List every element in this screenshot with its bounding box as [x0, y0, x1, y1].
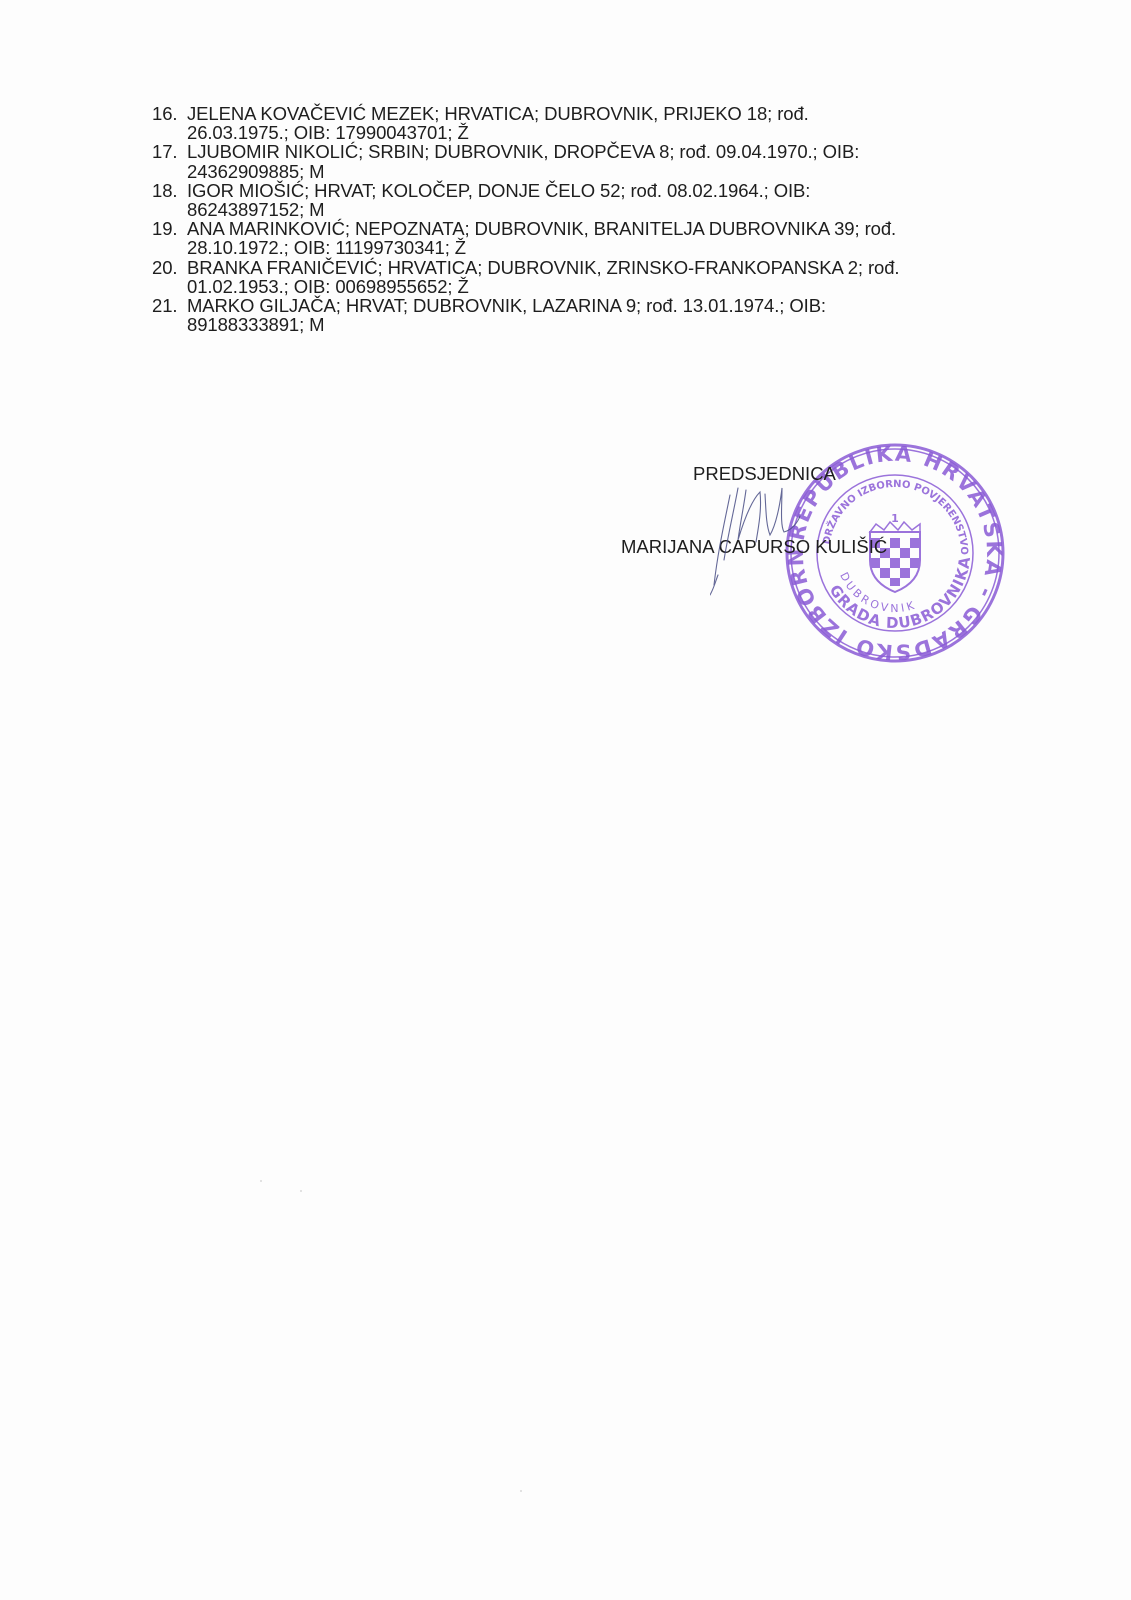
entry-line-1: BRANKA FRANIČEVIĆ; HRVATICA; DUBROVNIK, … [187, 258, 1012, 277]
entry-line-2: 24362909885; M [187, 162, 1012, 181]
stamp-number: 1 [891, 512, 899, 525]
entry-number: 18. [152, 181, 177, 200]
entry-line-2: 86243897152; M [187, 200, 1012, 219]
list-item: 18. IGOR MIOŠIĆ; HRVAT; KOLOČEP, DONJE Č… [152, 181, 1012, 219]
document-page: 16. JELENA KOVAČEVIĆ MEZEK; HRVATICA; DU… [0, 0, 1131, 1600]
entry-line-2: 26.03.1975.; OIB: 17990043701; Ž [187, 123, 1012, 142]
entry-number: 17. [152, 142, 177, 161]
entry-number: 19. [152, 219, 177, 238]
entry-line-1: MARKO GILJAČA; HRVAT; DUBROVNIK, LAZARIN… [187, 296, 1012, 315]
list-item: 20. BRANKA FRANIČEVIĆ; HRVATICA; DUBROVN… [152, 258, 1012, 296]
entry-line-2: 28.10.1972.; OIB: 11199730341; Ž [187, 238, 1012, 257]
entry-number: 21. [152, 296, 177, 315]
entry-line-1: JELENA KOVAČEVIĆ MEZEK; HRVATICA; DUBROV… [187, 104, 1012, 123]
list-item: 16. JELENA KOVAČEVIĆ MEZEK; HRVATICA; DU… [152, 104, 1012, 142]
list-item: 21. MARKO GILJAČA; HRVAT; DUBROVNIK, LAZ… [152, 296, 1012, 334]
entry-line-2: 89188333891; M [187, 315, 1012, 334]
candidate-list: 16. JELENA KOVAČEVIĆ MEZEK; HRVATICA; DU… [152, 104, 1012, 334]
scan-speck [260, 1180, 262, 1182]
entry-line-1: IGOR MIOŠIĆ; HRVAT; KOLOČEP, DONJE ČELO … [187, 181, 1012, 200]
scan-speck [300, 1190, 302, 1192]
entry-number: 20. [152, 258, 177, 277]
entry-line-2: 01.02.1953.; OIB: 00698955652; Ž [187, 277, 1012, 296]
entry-number: 16. [152, 104, 177, 123]
scan-speck [520, 1490, 522, 1492]
entry-line-1: ANA MARINKOVIĆ; NEPOZNATA; DUBROVNIK, BR… [187, 219, 1012, 238]
list-item: 17. LJUBOMIR NIKOLIĆ; SRBIN; DUBROVNIK, … [152, 142, 1012, 180]
entry-line-1: LJUBOMIR NIKOLIĆ; SRBIN; DUBROVNIK, DROP… [187, 142, 1012, 161]
handwritten-signature [710, 480, 850, 610]
list-item: 19. ANA MARINKOVIĆ; NEPOZNATA; DUBROVNIK… [152, 219, 1012, 257]
